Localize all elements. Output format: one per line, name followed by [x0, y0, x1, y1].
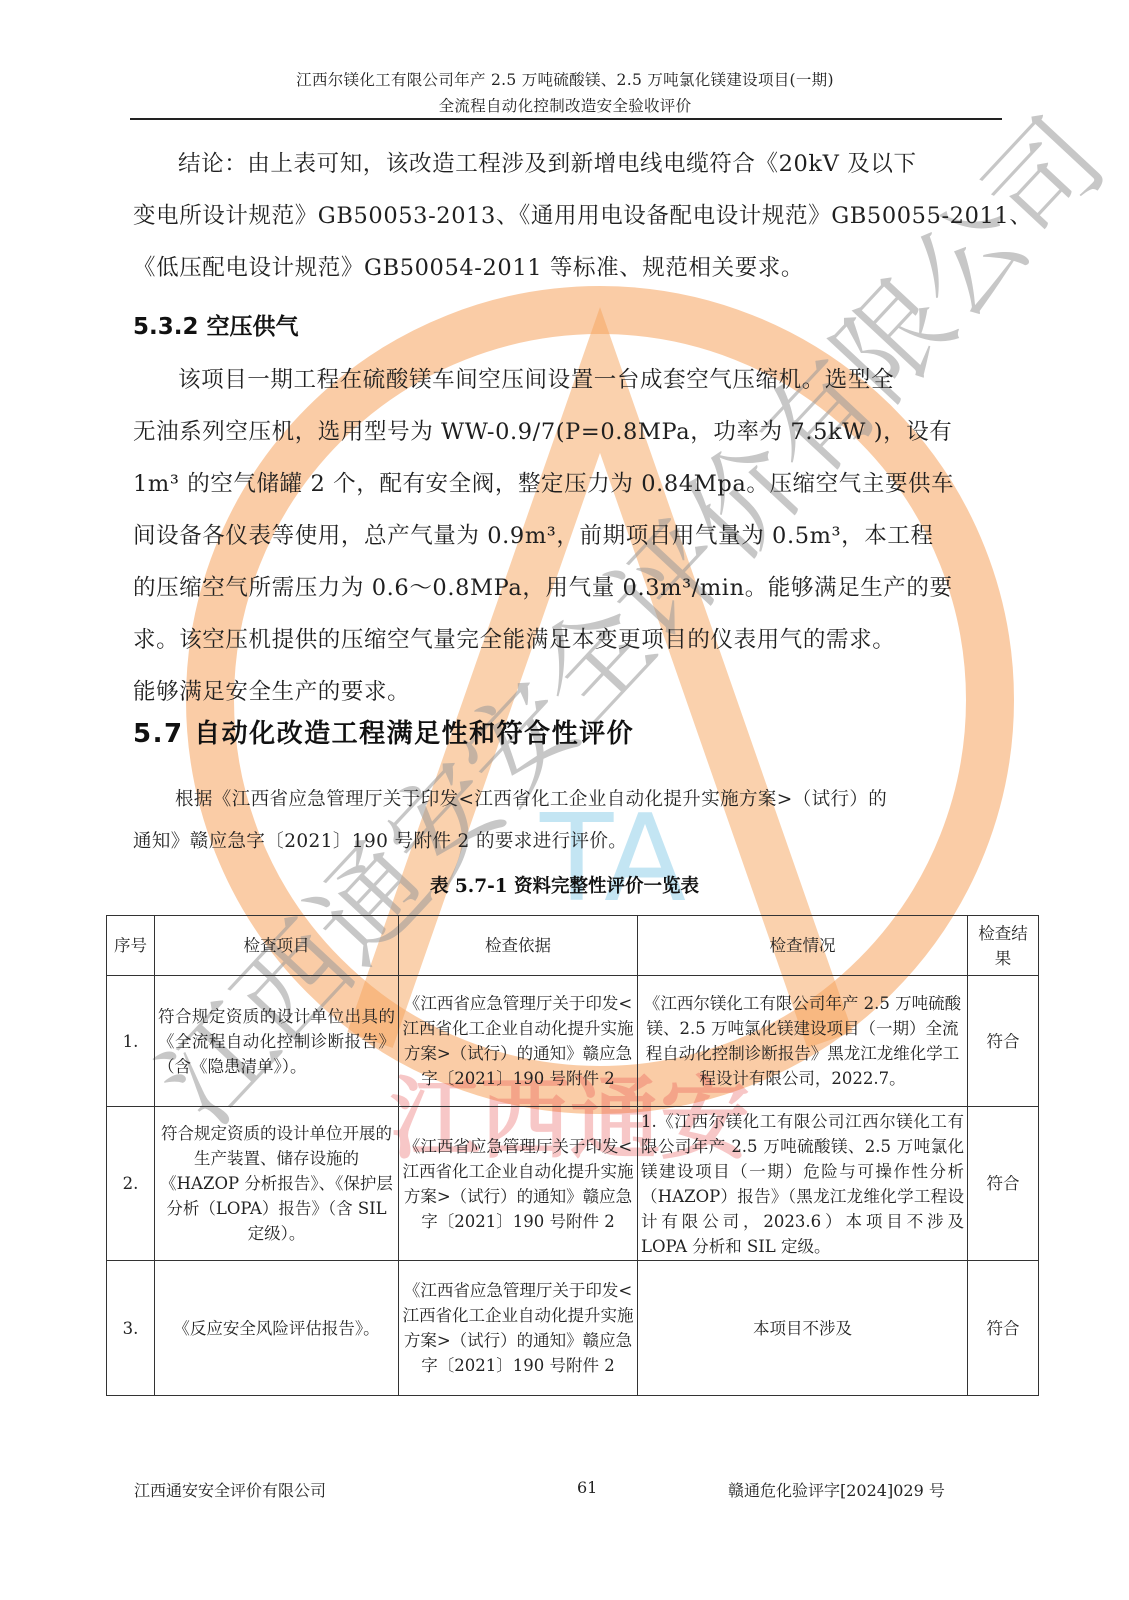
- text-line: 根据《江西省应急管理厅关于印发<江西省化工企业自动化提升实施方案>（试行）的: [133, 779, 1013, 821]
- table-row: 2. 符合规定资质的设计单位开展的生产装置、储存设施的《HAZOP 分析报告》、…: [107, 1107, 1039, 1261]
- text-line: 求。该空压机提供的压缩空气量完全能满足本变更项目的仪表用气的需求。: [133, 614, 1003, 666]
- header-cell-no: 序号: [107, 916, 155, 976]
- section-57-paragraph: 根据《江西省应急管理厅关于印发<江西省化工企业自动化提升实施方案>（试行）的 通…: [133, 779, 1013, 863]
- running-header-subtitle: 全流程自动化控制改造安全验收评价: [130, 94, 1000, 116]
- text-line: 能够满足安全生产的要求。: [133, 666, 1003, 718]
- section-heading-532: 5.3.2 空压供气: [133, 308, 299, 341]
- cell-item: 《反应安全风险评估报告》。: [155, 1261, 399, 1396]
- cell-no: 3.: [107, 1261, 155, 1396]
- text-line: 无油系列空压机，选用型号为 WW-0.9/7(P=0.8MPa，功率为 7.5k…: [133, 406, 1003, 458]
- cell-basis: 《江西省应急管理厅关于印发<江西省化工企业自动化提升实施方案>（试行）的通知》赣…: [399, 976, 638, 1107]
- header-cell-result: 检查结果: [968, 916, 1039, 976]
- table-row: 3. 《反应安全风险评估报告》。 《江西省应急管理厅关于印发<江西省化工企业自动…: [107, 1261, 1039, 1396]
- cell-item: 符合规定资质的设计单位开展的生产装置、储存设施的《HAZOP 分析报告》、《保护…: [155, 1107, 399, 1261]
- cell-status: 1.《江西尔镁化工有限公司江西尔镁化工有限公司年产 2.5 万吨硫酸镁、2.5 …: [638, 1107, 968, 1261]
- footer-company: 江西通安安全评价有限公司: [134, 1478, 326, 1501]
- evaluation-table: 序号 检查项目 检查依据 检查情况 检查结果 1. 符合规定资质的设计单位出具的…: [106, 915, 1039, 1396]
- table-header-row: 序号 检查项目 检查依据 检查情况 检查结果: [107, 916, 1039, 976]
- cell-basis: 《江西省应急管理厅关于印发<江西省化工企业自动化提升实施方案>（试行）的通知》赣…: [399, 1261, 638, 1396]
- cell-result: 符合: [968, 1107, 1039, 1261]
- document-page: TA 江西通安 江西通安安全评价有限公司 江西尔镁化工有限公司年产 2.5 万吨…: [0, 0, 1129, 1600]
- text-line: 1m³ 的空气储罐 2 个，配有安全阀，整定压力为 0.84Mpa。压缩空气主要…: [133, 458, 1003, 510]
- text-line: 结论：由上表可知，该改造工程涉及到新增电线电缆符合《20kV 及以下: [133, 138, 1003, 190]
- text-line: 的压缩空气所需压力为 0.6～0.8MPa，用气量 0.3m³/min。能够满足…: [133, 562, 1003, 614]
- cell-no: 2.: [107, 1107, 155, 1261]
- section-532-paragraph: 该项目一期工程在硫酸镁车间空压间设置一台成套空气压缩机。选型全 无油系列空压机，…: [133, 354, 1003, 718]
- text-line: 《低压配电设计规范》GB50054-2011 等标准、规范相关要求。: [133, 242, 1003, 294]
- conclusion-paragraph: 结论：由上表可知，该改造工程涉及到新增电线电缆符合《20kV 及以下 变电所设计…: [133, 138, 1003, 294]
- text-line: 通知》赣应急字〔2021〕190 号附件 2 的要求进行评价。: [133, 821, 1013, 863]
- text-line: 变电所设计规范》GB50053-2013、《通用用电设备配电设计规范》GB500…: [133, 190, 1003, 242]
- cell-result: 符合: [968, 976, 1039, 1107]
- page-number: 61: [577, 1478, 597, 1497]
- cell-basis: 《江西省应急管理厅关于印发<江西省化工企业自动化提升实施方案>（试行）的通知》赣…: [399, 1107, 638, 1261]
- header-cell-basis: 检查依据: [399, 916, 638, 976]
- cell-item: 符合规定资质的设计单位出具的《全流程自动化控制诊断报告》（含《隐患清单》）。: [155, 976, 399, 1107]
- cell-no: 1.: [107, 976, 155, 1107]
- header-cell-status: 检查情况: [638, 916, 968, 976]
- header-divider: [130, 118, 1002, 120]
- table-title: 表 5.7-1 资料完整性评价一览表: [0, 872, 1129, 898]
- section-heading-57: 5.7 自动化改造工程满足性和符合性评价: [133, 713, 634, 750]
- running-header-title: 江西尔镁化工有限公司年产 2.5 万吨硫酸镁、2.5 万吨氯化镁建设项目(一期): [130, 68, 1000, 90]
- cell-result: 符合: [968, 1261, 1039, 1396]
- cell-status: 本项目不涉及: [638, 1261, 968, 1396]
- cell-status: 《江西尔镁化工有限公司年产 2.5 万吨硫酸镁、2.5 万吨氯化镁建设项目（一期…: [638, 976, 968, 1107]
- text-line: 该项目一期工程在硫酸镁车间空压间设置一台成套空气压缩机。选型全: [133, 354, 1003, 406]
- header-cell-item: 检查项目: [155, 916, 399, 976]
- text-line: 间设备各仪表等使用，总产气量为 0.9m³，前期项目用气量为 0.5m³，本工程: [133, 510, 1003, 562]
- footer-doc-number: 赣通危化验评字[2024]029 号: [728, 1478, 945, 1501]
- table-row: 1. 符合规定资质的设计单位出具的《全流程自动化控制诊断报告》（含《隐患清单》）…: [107, 976, 1039, 1107]
